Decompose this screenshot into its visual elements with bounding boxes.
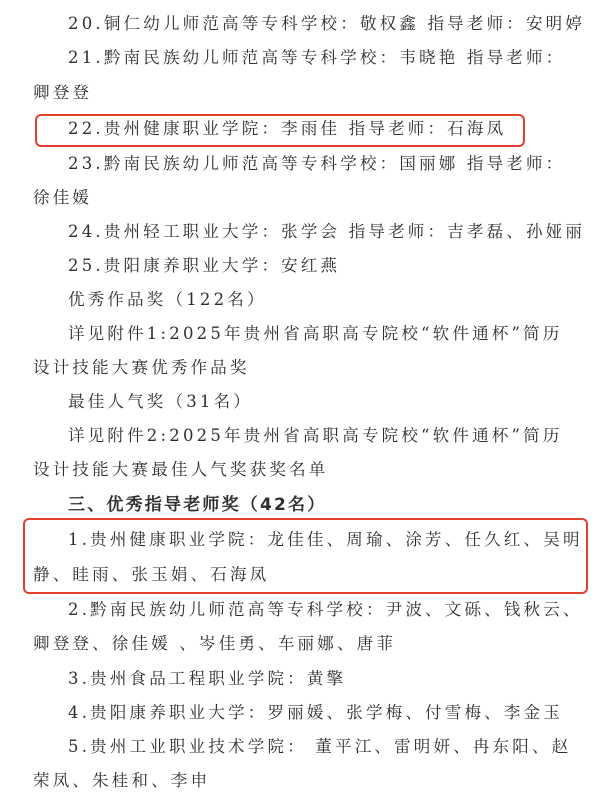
award-entry-21: 21.黔南民族幼儿师范高等专科学校：韦晓艳 指导老师： <box>0 41 600 75</box>
award-entry-25: 25.贵阳康养职业大学：安红燕 <box>0 249 600 283</box>
attachment-1-note-cont: 设计技能大赛优秀作品奖 <box>0 351 600 385</box>
highlight-box-teacher-award-1 <box>23 518 588 594</box>
teacher-award-entry-4: 4.贵阳康养职业大学：罗丽媛、张学梅、付雪梅、李金玉 <box>0 696 600 730</box>
teacher-award-entry-5-cont: 荣凤、朱桂和、李申 <box>0 764 600 796</box>
teacher-award-entry-5: 5.贵州工业职业技术学院： 董平江、雷明妍、冉东阳、赵 <box>0 730 600 764</box>
teacher-award-entry-3: 3.贵州食品工程职业学院：黄擎 <box>0 662 600 696</box>
section-heading-teacher-award: 三、优秀指导老师奖（42名） <box>0 488 600 522</box>
award-entry-23-cont: 徐佳媛 <box>0 181 600 215</box>
attachment-2-note: 详见附件2:2025年贵州省高职高专院校“软件通杯”简历 <box>0 419 600 453</box>
attachment-1-note: 详见附件1:2025年贵州省高职高专院校“软件通杯”简历 <box>0 317 600 351</box>
award-entry-24: 24.贵州轻工职业大学：张学会 指导老师：吉孝磊、孙娅丽 <box>0 215 600 249</box>
highlight-box-item-22 <box>35 114 525 147</box>
award-entry-20: 20.铜仁幼儿师范高等专科学校：敬权鑫 指导老师：安明婷 <box>0 7 600 41</box>
teacher-award-entry-2: 2.黔南民族幼儿师范高等专科学校：尹波、文砾、钱秋云、 <box>0 593 600 627</box>
excellent-work-award-title: 优秀作品奖（122名） <box>0 283 600 317</box>
award-entry-23: 23.黔南民族幼儿师范高等专科学校：国丽娜 指导老师： <box>0 147 600 181</box>
attachment-2-note-cont: 设计技能大赛最佳人气奖获奖名单 <box>0 453 600 487</box>
teacher-award-entry-2-cont: 卿登登、徐佳媛 、岑佳勇、车丽娜、唐菲 <box>0 627 600 661</box>
award-entry-21-cont: 卿登登 <box>0 76 600 110</box>
popularity-award-title: 最佳人气奖（31名） <box>0 385 600 419</box>
